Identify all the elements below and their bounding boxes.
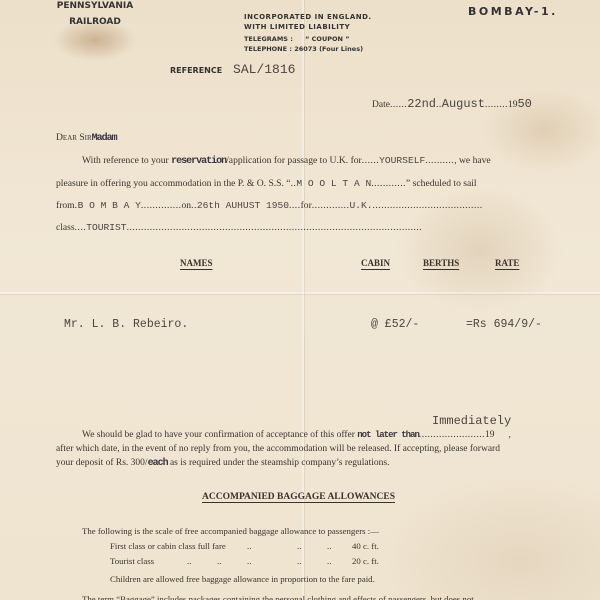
from-port: B O M B A Y (78, 200, 141, 211)
incorporated-text: INCORPORATED IN ENGLAND. (244, 13, 372, 23)
struck-word: each (148, 458, 168, 469)
baggage-item-label: Tourist class (110, 556, 154, 566)
struck-phrase: not later than (357, 430, 419, 440)
deposit-text: your deposit of Rs. 300/ (56, 458, 148, 468)
telephone-value: 26073 (Four Lines) (294, 45, 363, 53)
header-berths: BERTHS (423, 258, 459, 268)
date-year-suffix: 50 (517, 97, 531, 111)
class-label: class (56, 222, 75, 233)
confirmation-text: after which date, in the event of no rep… (56, 442, 556, 456)
confirmation-text: We should be glad to have your confirmat… (82, 430, 355, 440)
liability-text: WITH LIMITED LIABILITY (244, 23, 372, 33)
fold-crease-horizontal (0, 292, 600, 294)
offer-text: ” scheduled to sail (406, 178, 477, 189)
paper-background (0, 0, 600, 600)
baggage-title: ACCOMPANIED BAGGAGE ALLOWANCES (202, 492, 395, 502)
offer-text: to U.K. for (320, 155, 362, 166)
telegrams-value: “ COUPON ” (305, 35, 349, 43)
for-label: for (301, 200, 312, 211)
cabin-value: @ £52/- (371, 318, 419, 331)
offer-paragraph: With reference to your reservation/appli… (56, 150, 556, 239)
sail-date: 26th AUHUST 1950 (197, 200, 289, 211)
typed-deadline: Immediately (432, 414, 511, 428)
offer-text: pleasure in offering you accommodation i… (56, 178, 291, 189)
header-rate: RATE (495, 258, 519, 268)
letterhead-address: P. O. BOX 151 BOMBAY-1. (468, 0, 584, 20)
salutation-struck: Madam (92, 133, 117, 144)
reference: REFERENCE SAL/1816 (170, 62, 295, 77)
destination: U.K. (349, 200, 372, 211)
salutation-text: Dear Sir (56, 132, 92, 143)
baggage-item: Tourist class 20 c. ft. .. .. .. .. .. (82, 554, 482, 569)
date-month: August (442, 97, 485, 111)
passenger-name: Mr. L. B. Rebeiro. (64, 318, 188, 331)
salutation: Dear SirMadam (56, 127, 117, 150)
baggage-section: The following is the scale of free accom… (82, 524, 482, 587)
header-names: NAMES (180, 258, 213, 268)
children-note: Children are allowed free baggage allowa… (82, 572, 482, 587)
telephone-label: TELEPHONE : (244, 45, 292, 53)
letterhead-agent: PENNSYLVANIA RAILROAD (55, 0, 135, 30)
header-cabin: CABIN (361, 258, 390, 268)
ship-name: M O O L T A N (296, 178, 371, 189)
telegrams-label: TELEGRAMS : (244, 35, 293, 43)
reference-label: REFERENCE (170, 66, 222, 75)
struck-word: reservation (171, 156, 226, 167)
rate-value: =Rs 694/9/- (466, 318, 542, 331)
fold-crease-vertical (302, 0, 304, 600)
from-label: from (56, 200, 75, 211)
travel-class: TOURIST (86, 222, 126, 233)
on-label: on (181, 200, 191, 211)
passenger-for: YOURSELF (379, 155, 425, 166)
offer-text: /application for passage (226, 155, 317, 166)
reference-value: SAL/1816 (233, 62, 295, 77)
agent-name-line2: RAILROAD (55, 14, 135, 30)
agent-name-line1: PENNSYLVANIA (55, 0, 135, 14)
confirmation-paragraph: We should be glad to have your confirmat… (56, 428, 556, 471)
date-label: Date (372, 100, 390, 110)
year-prefix: 19 (485, 430, 495, 440)
letterhead-company-info: INCORPORATED IN ENGLAND. WITH LIMITED LI… (244, 13, 372, 54)
baggage-term-note: The term “Baggage” includes packages con… (82, 592, 474, 600)
date-day: 22nd (407, 97, 436, 111)
offer-text: , we have (454, 155, 491, 166)
baggage-item: First class or cabin class full fare 40 … (82, 539, 482, 554)
baggage-item-value: 20 c. ft. (352, 554, 379, 569)
baggage-item-value: 40 c. ft. (352, 539, 379, 554)
letter-date: Date......22nd..August........1950 (372, 97, 532, 111)
baggage-item-label: First class or cabin class full fare (110, 541, 226, 551)
baggage-intro: The following is the scale of free accom… (82, 524, 482, 539)
address-line2: BOMBAY-1. (468, 4, 584, 20)
deposit-text: as is required under the steamship compa… (168, 458, 390, 468)
offer-text: With reference to your (82, 155, 169, 166)
